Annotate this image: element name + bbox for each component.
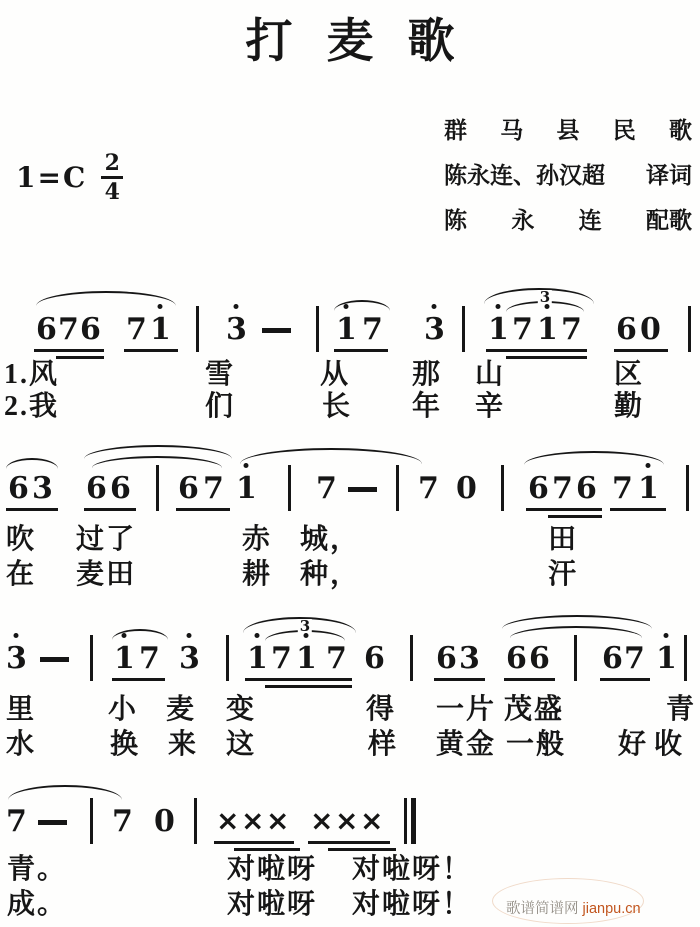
lyric-syllable: 对啦呀！ bbox=[352, 855, 472, 886]
octave-dot bbox=[344, 304, 349, 309]
note: 7 bbox=[126, 313, 147, 346]
note: 7 bbox=[552, 472, 573, 505]
duration-dash bbox=[262, 328, 291, 333]
note: 1 bbox=[236, 472, 257, 505]
beam bbox=[600, 678, 650, 681]
beam bbox=[504, 678, 555, 681]
percussion-note: × bbox=[360, 806, 383, 837]
note: 7 bbox=[271, 642, 292, 675]
barline bbox=[688, 306, 691, 352]
beam bbox=[176, 508, 230, 511]
lyric-syllable: 田 bbox=[548, 525, 578, 556]
lyric-syllable: 青。 bbox=[7, 855, 67, 886]
note: 0 bbox=[456, 472, 477, 505]
beam bbox=[328, 848, 396, 851]
beam bbox=[124, 349, 178, 352]
lyric-syllable: 一片 bbox=[436, 695, 496, 726]
duration-dash bbox=[348, 487, 377, 492]
note: 6 bbox=[602, 642, 623, 675]
beam bbox=[56, 356, 104, 359]
note: 6 bbox=[529, 642, 550, 675]
beam bbox=[334, 349, 388, 352]
lyric-syllable: 小 bbox=[108, 695, 138, 726]
beam bbox=[434, 678, 485, 681]
lyric-syllable: 好 bbox=[618, 730, 648, 761]
note: 1 bbox=[296, 642, 317, 675]
final-barline-thick bbox=[411, 798, 416, 844]
slur bbox=[36, 291, 176, 306]
note: 6 bbox=[364, 642, 385, 675]
percussion-note: × bbox=[266, 806, 289, 837]
watermark-site-name: 歌谱简谱网 bbox=[506, 901, 583, 917]
note: 6 bbox=[616, 313, 637, 346]
tuplet-number: 3 bbox=[538, 290, 552, 305]
duration-dash bbox=[40, 657, 69, 662]
lyric-syllable: 得 bbox=[366, 695, 396, 726]
barline bbox=[684, 635, 687, 681]
beam bbox=[34, 349, 104, 352]
barline bbox=[288, 465, 291, 511]
percussion-note: × bbox=[335, 806, 358, 837]
lyric-syllable: 茂盛 bbox=[504, 695, 564, 726]
octave-dot bbox=[158, 304, 163, 309]
beam bbox=[548, 515, 602, 518]
music-system: 36767131731717601.风雪从那山区2.我们长年辛勤 bbox=[0, 313, 700, 314]
note: 7 bbox=[624, 642, 645, 675]
barline bbox=[574, 635, 577, 681]
credit-text: 译词 bbox=[646, 157, 692, 190]
note: 7 bbox=[362, 313, 383, 346]
time-signature: 2 4 bbox=[101, 152, 123, 203]
slur bbox=[6, 458, 58, 469]
octave-dot bbox=[187, 633, 192, 638]
barline bbox=[194, 798, 197, 844]
octave-dot bbox=[545, 304, 550, 309]
octave-dot bbox=[122, 633, 127, 638]
octave-dot bbox=[244, 463, 249, 468]
note: 1 bbox=[336, 313, 357, 346]
note: 1 bbox=[247, 642, 268, 675]
slur bbox=[524, 451, 664, 465]
lyric-syllable: 吹 bbox=[6, 525, 36, 556]
octave-dot bbox=[234, 304, 239, 309]
lyric-syllable: 汗 bbox=[548, 560, 578, 591]
beam bbox=[245, 678, 352, 681]
beam bbox=[214, 841, 294, 844]
credit-line: 陈永连、孙汉超译词 bbox=[444, 157, 692, 190]
lyric-syllable: 过了 bbox=[76, 525, 136, 556]
beam bbox=[526, 508, 602, 511]
note: 0 bbox=[640, 313, 661, 346]
note: 1 bbox=[638, 472, 659, 505]
barline bbox=[462, 306, 465, 352]
lyric-syllable: 2.我 bbox=[4, 392, 59, 423]
slur bbox=[240, 448, 422, 464]
barline bbox=[90, 635, 93, 681]
lyric-syllable: 耕 bbox=[242, 560, 272, 591]
beam bbox=[112, 678, 165, 681]
note: 7 bbox=[612, 472, 633, 505]
credit-text: 歌 bbox=[669, 112, 692, 145]
tuplet-number: 3 bbox=[298, 619, 312, 634]
note: 7 bbox=[418, 472, 439, 505]
note: 3 bbox=[6, 642, 27, 675]
barline bbox=[196, 306, 199, 352]
beam bbox=[614, 349, 668, 352]
note: 1 bbox=[150, 313, 171, 346]
credit-text: 民 bbox=[613, 112, 636, 145]
beam bbox=[308, 841, 390, 844]
lyric-syllable: 青 bbox=[666, 695, 696, 726]
lyric-syllable: 一般 bbox=[506, 730, 566, 761]
lyric-syllable: 年 bbox=[412, 392, 442, 423]
key-tonic: 1=C bbox=[16, 161, 87, 194]
slur bbox=[8, 785, 122, 800]
lyric-syllable: 收 bbox=[654, 730, 684, 761]
slur bbox=[334, 300, 390, 311]
note: 6 bbox=[36, 313, 57, 346]
credit-text: 马 bbox=[500, 112, 523, 145]
watermark-link[interactable]: jianpu.cn bbox=[583, 901, 641, 917]
beam bbox=[486, 349, 587, 352]
lyric-syllable: 水 bbox=[6, 730, 36, 761]
beam bbox=[610, 508, 666, 511]
music-system: 33173171766366671里小麦变得一片茂盛青水换来这样黄金一般好收 bbox=[0, 642, 700, 643]
note: 6 bbox=[528, 472, 549, 505]
note: 7 bbox=[512, 313, 533, 346]
note: 6 bbox=[86, 472, 107, 505]
barline bbox=[501, 465, 504, 511]
lyric-syllable: 城， bbox=[300, 525, 360, 556]
octave-dot bbox=[646, 463, 651, 468]
lyric-syllable: 种， bbox=[300, 560, 360, 591]
barline bbox=[226, 635, 229, 681]
note: 6 bbox=[80, 313, 101, 346]
note: 3 bbox=[179, 642, 200, 675]
key-signature: 1=C 2 4 bbox=[16, 152, 123, 203]
slur bbox=[112, 629, 168, 640]
barline bbox=[686, 465, 689, 511]
note: 3 bbox=[424, 313, 445, 346]
note: 3 bbox=[226, 313, 247, 346]
octave-dot bbox=[255, 633, 260, 638]
octave-dot bbox=[664, 633, 669, 638]
lyric-syllable: 成。 bbox=[7, 890, 67, 921]
watermark: 歌谱简谱网 jianpu.cn bbox=[506, 897, 641, 918]
barline bbox=[156, 465, 159, 511]
note: 1 bbox=[488, 313, 509, 346]
lyric-syllable: 雪 bbox=[205, 360, 235, 391]
final-barline-thin bbox=[404, 798, 407, 844]
lyric-syllable: 1.风 bbox=[4, 360, 59, 391]
song-title: 打麦歌 bbox=[0, 4, 700, 71]
note: 7 bbox=[112, 805, 133, 838]
lyric-syllable: 变 bbox=[226, 695, 256, 726]
lyric-syllable: 样 bbox=[368, 730, 398, 761]
credit-text: 连 bbox=[579, 202, 602, 235]
credit-line: 群马县民歌 bbox=[444, 112, 692, 145]
percussion-note: × bbox=[310, 806, 333, 837]
note: 7 bbox=[6, 805, 27, 838]
note: 7 bbox=[326, 642, 347, 675]
lyric-syllable: 在 bbox=[6, 560, 36, 591]
duration-dash bbox=[38, 820, 67, 825]
time-signature-numerator: 2 bbox=[105, 152, 120, 174]
note: 6 bbox=[110, 472, 131, 505]
beam bbox=[84, 508, 136, 511]
final-barline bbox=[404, 798, 418, 844]
octave-dot bbox=[496, 304, 501, 309]
note: 6 bbox=[8, 472, 29, 505]
lyric-syllable: 来 bbox=[168, 730, 198, 761]
credit-text: 配歌 bbox=[646, 202, 692, 235]
lyric-syllable: 长 bbox=[322, 392, 352, 423]
note: 1 bbox=[656, 642, 677, 675]
credit-text: 群 bbox=[444, 112, 467, 145]
note: 7 bbox=[139, 642, 160, 675]
lyric-syllable: 辛 bbox=[475, 392, 505, 423]
beam bbox=[506, 356, 587, 359]
sheet-music-page: 打麦歌 群马县民歌陈永连、孙汉超译词陈永连配歌 1=C 2 4 36767131… bbox=[0, 0, 700, 927]
beam bbox=[234, 848, 300, 851]
lyric-syllable: 区 bbox=[614, 360, 644, 391]
lyric-syllable: 对啦呀 bbox=[227, 890, 317, 921]
lyric-syllable: 从 bbox=[320, 360, 350, 391]
octave-dot bbox=[432, 304, 437, 309]
barline bbox=[410, 635, 413, 681]
note: 3 bbox=[32, 472, 53, 505]
credit-text: 永 bbox=[511, 202, 534, 235]
note: 1 bbox=[537, 313, 558, 346]
lyric-syllable: 赤 bbox=[242, 525, 272, 556]
credit-text: 陈永连、孙汉超 bbox=[444, 157, 605, 190]
note: 6 bbox=[436, 642, 457, 675]
lyric-syllable: 换 bbox=[110, 730, 140, 761]
note: 6 bbox=[178, 472, 199, 505]
note: 7 bbox=[561, 313, 582, 346]
percussion-note: × bbox=[216, 806, 239, 837]
barline bbox=[316, 306, 319, 352]
lyric-syllable: 对啦呀 bbox=[227, 855, 317, 886]
lyric-syllable: 里 bbox=[6, 695, 36, 726]
percussion-note: × bbox=[241, 806, 264, 837]
lyric-syllable: 麦 bbox=[166, 695, 196, 726]
lyric-syllable: 山 bbox=[475, 360, 505, 391]
barline bbox=[90, 798, 93, 844]
note: 1 bbox=[114, 642, 135, 675]
credit-line: 陈永连配歌 bbox=[444, 202, 692, 235]
beam bbox=[6, 508, 58, 511]
lyric-syllable: 对啦呀！ bbox=[352, 890, 472, 921]
beam bbox=[265, 685, 352, 688]
lyric-syllable: 黄金 bbox=[436, 730, 496, 761]
barline bbox=[396, 465, 399, 511]
note: 6 bbox=[506, 642, 527, 675]
time-signature-denominator: 4 bbox=[105, 181, 120, 203]
credit-text: 县 bbox=[557, 112, 580, 145]
lyric-syllable: 这 bbox=[226, 730, 256, 761]
note: 7 bbox=[316, 472, 337, 505]
note: 7 bbox=[203, 472, 224, 505]
note: 3 bbox=[459, 642, 480, 675]
lyric-syllable: 们 bbox=[205, 392, 235, 423]
lyric-syllable: 勤 bbox=[614, 392, 644, 423]
octave-dot bbox=[14, 633, 19, 638]
note: 0 bbox=[154, 805, 175, 838]
lyric-syllable: 麦田 bbox=[76, 560, 136, 591]
lyric-syllable: 那 bbox=[412, 360, 442, 391]
music-system: 770××××××青。对啦呀对啦呀！成。对啦呀对啦呀！ bbox=[0, 805, 700, 806]
note: 6 bbox=[576, 472, 597, 505]
music-system: 636667177067671吹过了赤城，田在麦田耕种，汗 bbox=[0, 472, 700, 473]
note: 7 bbox=[58, 313, 79, 346]
credit-text: 陈 bbox=[444, 202, 467, 235]
octave-dot bbox=[304, 633, 309, 638]
